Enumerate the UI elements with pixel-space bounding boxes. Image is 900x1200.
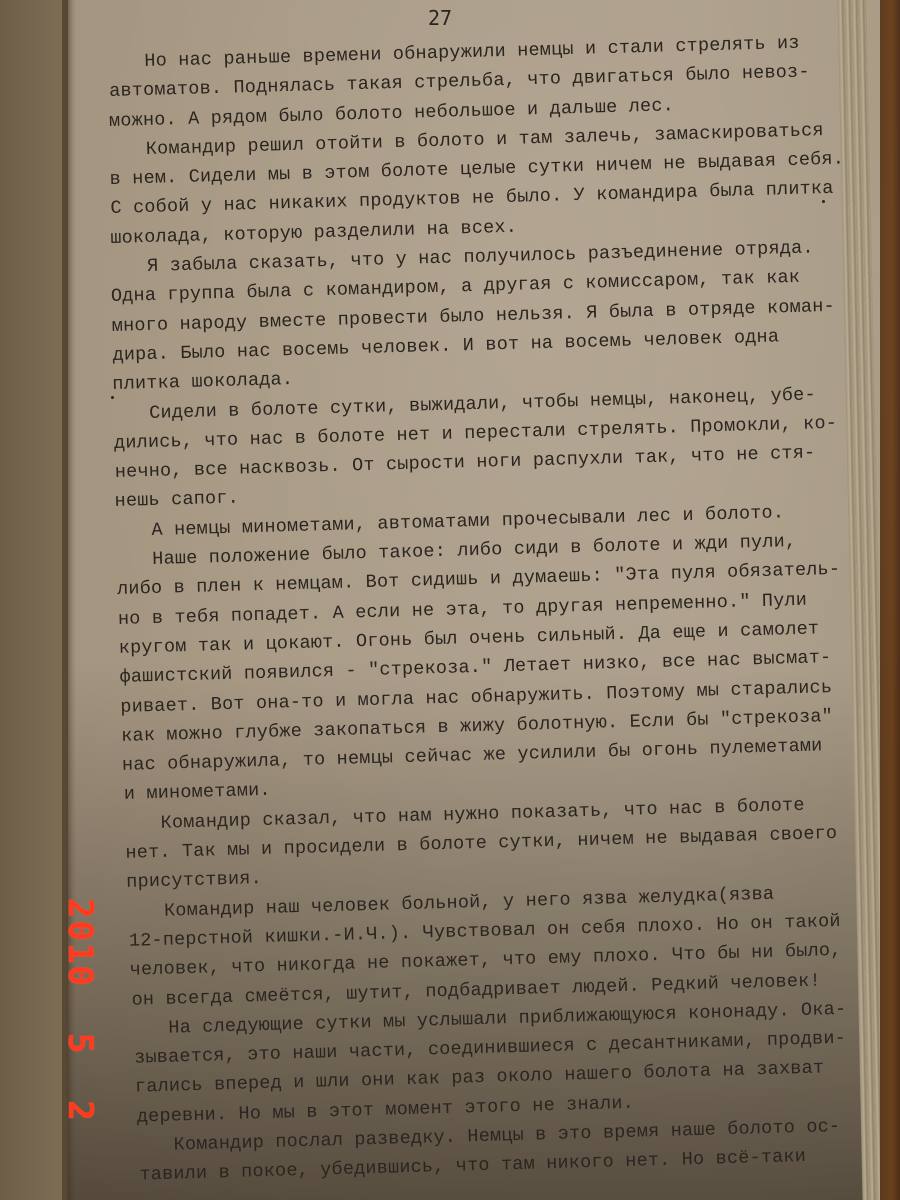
- previous-page-edge: [0, 0, 68, 1200]
- book-binding: [880, 0, 900, 1200]
- camera-date-stamp: 2010 5 2: [60, 898, 100, 1123]
- page-number: 27: [428, 6, 452, 30]
- typewritten-text-body: Но нас раньше времени обнаружили немцы и…: [108, 28, 860, 1190]
- ink-speck: [111, 396, 114, 399]
- ink-speck: [822, 200, 825, 203]
